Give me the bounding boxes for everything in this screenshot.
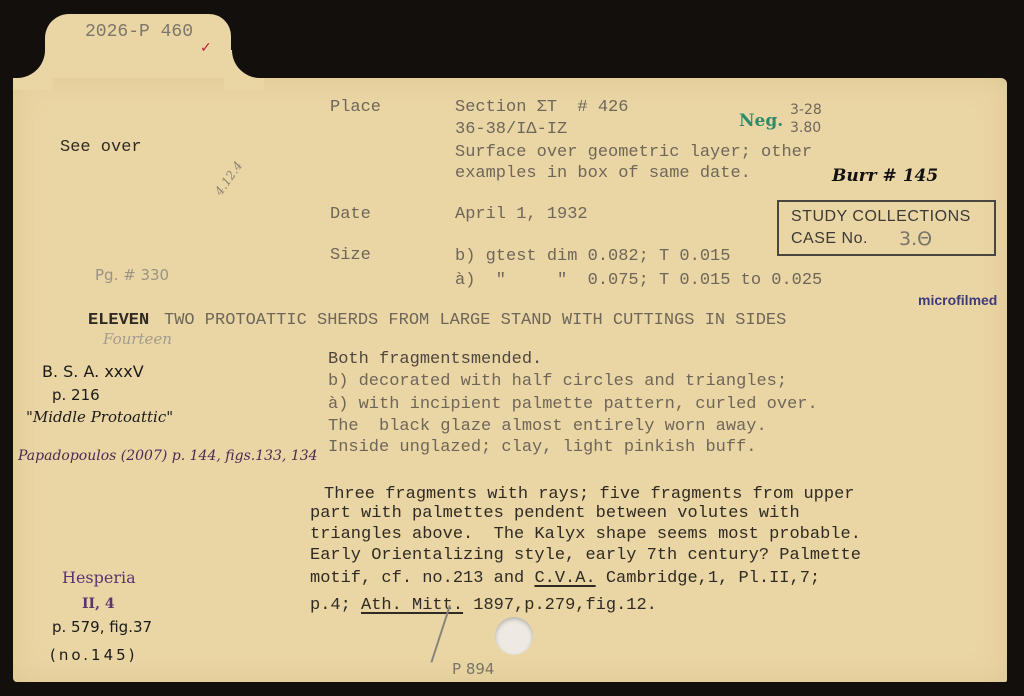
neg-value-1: 3-28 [790,102,822,118]
description-1-line-3: à) with incipient palmette pattern, curl… [328,394,818,415]
line-6-prefix: p.4; [310,596,361,615]
title-count-correction: Fourteen [103,330,172,348]
description-1-line-4: The black glaze almost entirely worn awa… [328,416,767,437]
place-line-3: Surface over geometric layer; other [455,142,812,163]
bsa-reference-1: B. S. A. xxxV [42,362,144,381]
hesperia-page: p. 579, fig.37 [52,618,152,636]
description-2-line-2: part with palmettes pendent between volu… [310,503,800,524]
bsa-reference-2: p. 216 [52,386,100,404]
description-2-line-4: Early Orientalizing style, early 7th cen… [310,545,861,566]
hesperia-volume: II, 4 [82,596,115,612]
hesperia-number: (no.145) [50,646,138,664]
microfilmed-stamp: microfilmed [918,292,997,308]
place-line-2: 36-38/IΔ-IZ [455,119,567,140]
size-line-1: b) gtest dim 0.082; T 0.015 [455,246,730,267]
date-label: Date [330,204,371,225]
description-1-line-2: b) decorated with half circles and trian… [328,371,787,392]
papadopoulos-reference: Papadopoulos (2007) p. 144, figs.133, 13… [18,448,318,464]
card-tab-corner-left [13,50,53,90]
cva-reference: C.V.A. [534,569,595,588]
place-line-4: examples in box of same date. [455,163,751,184]
neg-stamp: Neg. [739,111,783,131]
card-tab-corner-right [224,50,264,90]
card-catalog-number: 2026-P 460 [85,22,193,43]
stamp-line-2: CASE No. [791,230,868,248]
study-collections-stamp: STUDY COLLECTIONS CASE No. 3.Θ [777,200,996,256]
stamp-line-1: STUDY COLLECTIONS [791,208,971,226]
page-number-note: Pg. # 330 [95,266,169,284]
description-2-line-1: Three fragments with rays; five fragment… [324,484,855,505]
place-line-1: Section ΣT # 426 [455,97,628,118]
description-2-line-3: triangles above. The Kalyx shape seems m… [310,524,861,545]
bottom-p-number: P 894 [452,660,494,678]
line-5-prefix: motif, cf. no.213 and [310,569,534,588]
size-label: Size [330,245,371,266]
neg-value-2: 3.80 [790,120,821,136]
date-value: April 1, 1932 [455,204,588,225]
description-1-line-5: Inside unglazed; clay, light pinkish buf… [328,437,756,458]
checkmark-icon: ✓ [200,40,212,56]
place-label: Place [330,97,381,118]
punch-hole [495,617,533,655]
description-1-line-1: Both fragmentsmended. [328,349,542,370]
description-2-line-6: p.4; Ath. Mitt. 1897,p.279,fig.12. [310,595,657,616]
card-title: TWO PROTOATTIC SHERDS FROM LARGE STAND W… [164,310,786,331]
hesperia-stamp: Hesperia [62,568,136,587]
line-5-suffix: Cambridge,1, Pl.II,7; [596,569,820,588]
see-over-note: See over [60,137,142,158]
burr-number-note: Burr # 145 [832,166,938,186]
line-6-suffix: 1897,p.279,fig.12. [463,596,657,615]
description-2-line-5: motif, cf. no.213 and C.V.A. Cambridge,1… [310,568,820,589]
title-count: ELEVEN [88,310,149,331]
size-line-2: à) " " 0.075; T 0.015 to 0.025 [455,270,822,291]
case-number: 3.Θ [899,228,932,250]
bsa-reference-3: "Middle Protoattic" [26,408,173,426]
